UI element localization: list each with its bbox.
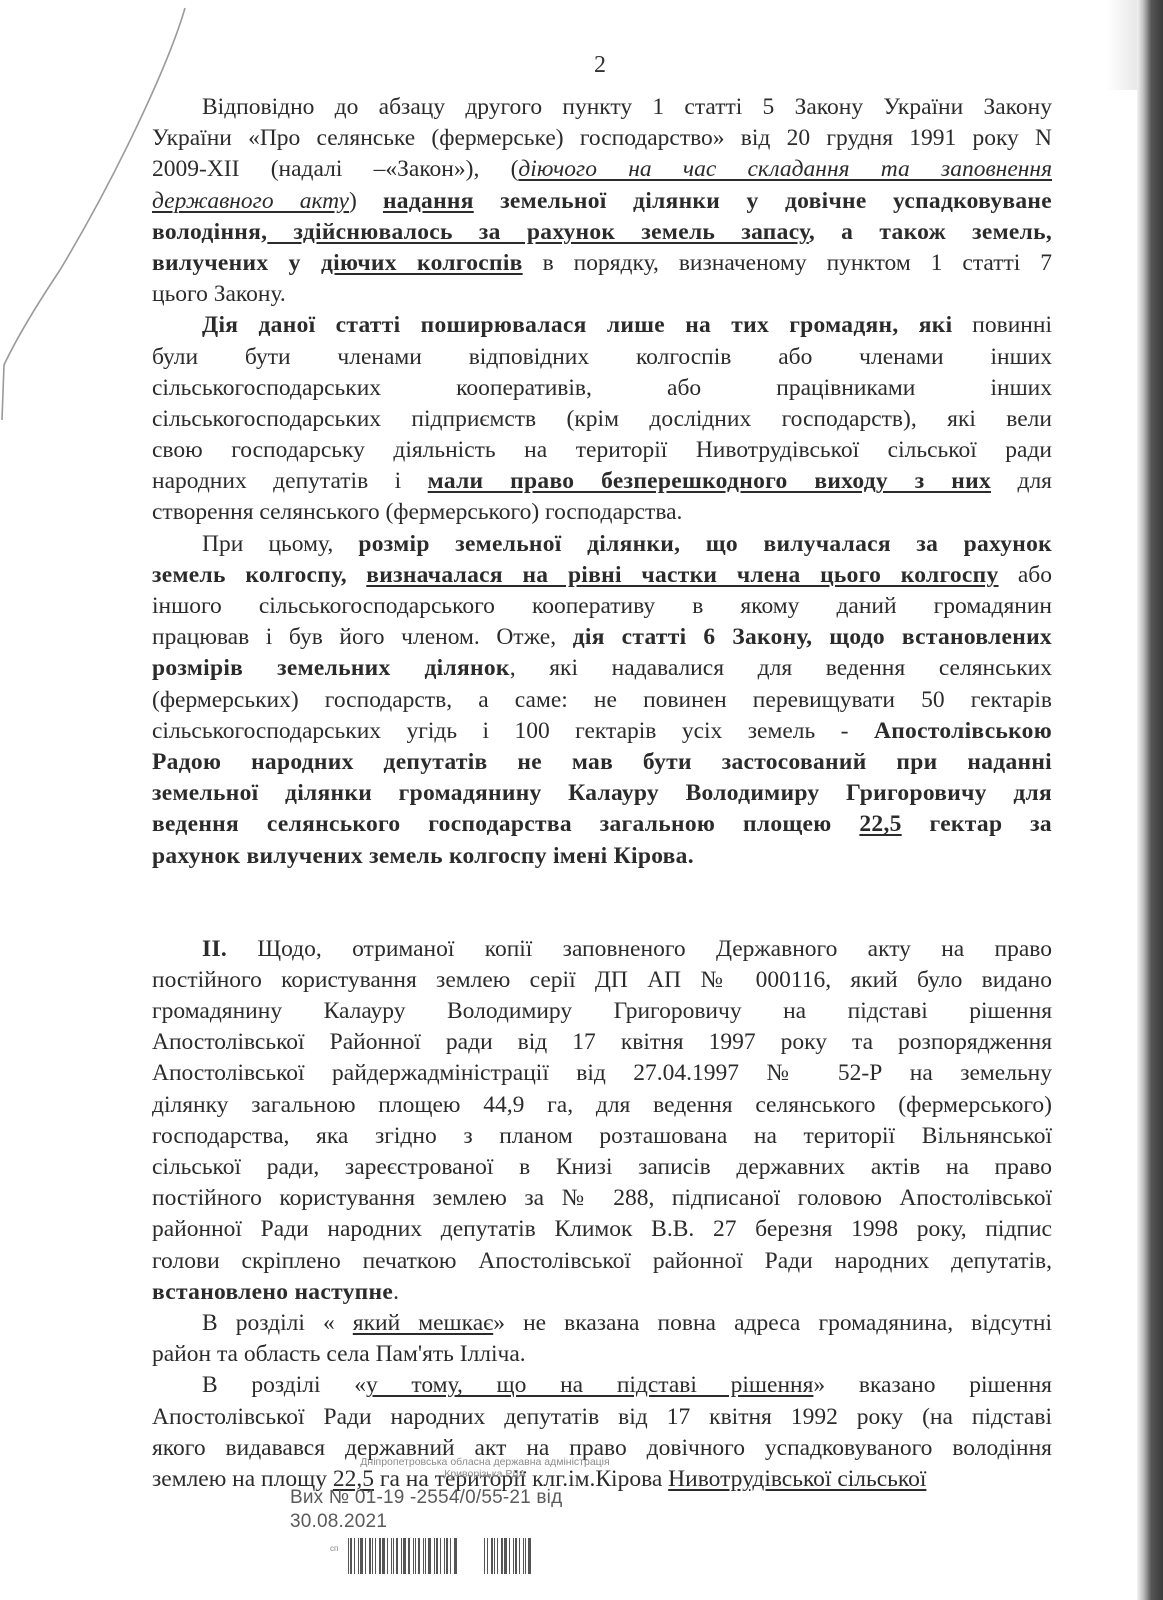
text-line: II. Щодо, отриманої копії заповненого Де… bbox=[152, 934, 1052, 965]
bold-text: ведення селянського господарства загальн… bbox=[152, 811, 859, 837]
text-run: України «Про селянське (фермерське) госп… bbox=[152, 125, 1052, 151]
paragraph: При цьому, розмір земельної ділянки, що … bbox=[152, 529, 1052, 872]
text-run: постійного користування землею серії ДП … bbox=[152, 967, 1052, 993]
text-line: громадянину Калауру Володимиру Григорови… bbox=[152, 996, 1052, 1027]
text-line: При цьому, розмір земельної ділянки, що … bbox=[152, 529, 1052, 560]
text-line: земельної ділянки громадянину Калауру Во… bbox=[152, 778, 1052, 809]
text-line: сільської ради, зареєстрованої в Книзі з… bbox=[152, 1152, 1052, 1183]
text-line: державного акту) надання земельної ділян… bbox=[152, 186, 1052, 217]
text-run: Апостолівської райдержадміністрації від … bbox=[152, 1060, 1052, 1086]
text-run: Щодо, отриманої копії заповненого Держав… bbox=[227, 936, 1052, 962]
bold-text: розмірів земельних ділянок bbox=[152, 655, 510, 681]
text-run: ділянку загальною площею 44,9 га, для ве… bbox=[152, 1092, 1052, 1118]
text-line: іншого сільськогосподарського кооператив… bbox=[152, 591, 1052, 622]
bold-text: розмір земельної ділянки, що вилучалася … bbox=[358, 531, 1052, 557]
bold-text: Апостолівською bbox=[874, 718, 1052, 744]
registration-stamp: Дніпропетровська обласна державна адміні… bbox=[290, 1456, 650, 1574]
bold-text: Дія даної статті поширювалася лише на ти… bbox=[202, 312, 952, 338]
text-run: голови скріплено печаткою Апостолівської… bbox=[152, 1248, 1052, 1274]
text-run: При цьому, bbox=[202, 531, 358, 557]
text-run: сільськогосподарських угідь і 100 гектар… bbox=[152, 718, 874, 744]
text-line: господарства, яка згідно з планом розташ… bbox=[152, 1121, 1052, 1152]
text-line: 2009-ХІІ (надалі –«Закон»), (діючого на … bbox=[152, 154, 1052, 185]
text-run: В розділі « bbox=[202, 1372, 366, 1398]
text-run: для bbox=[991, 468, 1052, 494]
underlined-text: діючих колгоспів bbox=[321, 250, 523, 276]
text-run: . bbox=[393, 1279, 399, 1305]
stamp-department: Криворізька РДА bbox=[320, 1468, 650, 1480]
text-line: Апостолівської Районної ради від 17 квіт… bbox=[152, 1027, 1052, 1058]
text-run: районної Ради народних депутатів Климок … bbox=[152, 1216, 1052, 1242]
bold-text: земельної ділянки у довічне успадковуван… bbox=[474, 188, 1052, 214]
barcode bbox=[348, 1538, 534, 1574]
barcode-prefix: сп bbox=[330, 1544, 338, 1553]
text-line: сільськогосподарських підприємств (крім … bbox=[152, 404, 1052, 435]
bold-text: рахунок вилучених земель колгоспу імені … bbox=[152, 843, 694, 869]
bold-text: вилучених у bbox=[152, 250, 321, 276]
bold-text: дія статті 6 Закону, щодо встановлених bbox=[573, 624, 1052, 650]
text-line: вилучених у діючих колгоспів в порядку, … bbox=[152, 248, 1052, 279]
text-line: України «Про селянське (фермерське) госп… bbox=[152, 123, 1052, 154]
bold-text: земель колгоспу, bbox=[152, 562, 347, 588]
text-line: Радою народних депутатів не мав бути зас… bbox=[152, 747, 1052, 778]
text-line: земель колгоспу, визначалася на рівні ча… bbox=[152, 560, 1052, 591]
stamp-organization: Дніпропетровська обласна державна адміні… bbox=[320, 1456, 650, 1468]
text-run: свою господарську діяльність на територі… bbox=[152, 437, 1052, 463]
text-line: народних депутатів і мали право безпереш… bbox=[152, 466, 1052, 497]
text-line: Дія даної статті поширювалася лише на ти… bbox=[152, 310, 1052, 341]
text-line: районної Ради народних депутатів Климок … bbox=[152, 1214, 1052, 1245]
bold-text: володіння, bbox=[152, 219, 267, 245]
text-line: (фермерських) господарств, а саме: не по… bbox=[152, 685, 1052, 716]
text-run: (фермерських) господарств, а саме: не по… bbox=[152, 687, 1052, 713]
scan-edge-shadow bbox=[1137, 0, 1163, 1600]
text-line: сільськогосподарських угідь і 100 гектар… bbox=[152, 716, 1052, 747]
underlined-text: який мешкає bbox=[353, 1310, 493, 1336]
bold-text: гектар за bbox=[902, 811, 1052, 837]
text-run: створення селянського (фермерського) гос… bbox=[152, 499, 682, 525]
text-line: постійного користування землею серії ДП … bbox=[152, 965, 1052, 996]
underlined-text: 22,5 bbox=[859, 811, 901, 837]
document-body: Відповідно до абзацу другого пункту 1 ст… bbox=[152, 92, 1052, 1495]
text-line: цього Закону. bbox=[152, 279, 1052, 310]
underlined-text: мали право безперешкодного виходу з них bbox=[428, 468, 991, 494]
bold-text: II. bbox=[202, 936, 227, 962]
underlined-text: державного акту bbox=[152, 188, 349, 214]
bold-text: , а також земель, bbox=[809, 219, 1052, 245]
text-run: 2009-ХІІ (надалі –«Закон»), ( bbox=[152, 156, 518, 182]
paragraph: Відповідно до абзацу другого пункту 1 ст… bbox=[152, 92, 1052, 310]
underlined-text: надання bbox=[383, 188, 474, 214]
paragraph: Дія даної статті поширювалася лише на ти… bbox=[152, 310, 1052, 528]
text-line: В розділі « який мешкає» не вказана повн… bbox=[152, 1308, 1052, 1339]
text-run bbox=[347, 562, 366, 588]
section-gap bbox=[152, 872, 1052, 934]
text-run: цього Закону. bbox=[152, 281, 286, 307]
text-line: Відповідно до абзацу другого пункту 1 ст… bbox=[152, 92, 1052, 123]
text-line: рахунок вилучених земель колгоспу імені … bbox=[152, 841, 1052, 872]
text-run: сільськогосподарських підприємств (крім … bbox=[152, 406, 1052, 432]
text-line: розмірів земельних ділянок, які надавали… bbox=[152, 653, 1052, 684]
text-run: Відповідно до абзацу другого пункту 1 ст… bbox=[202, 94, 1052, 120]
underlined-text: Нивотрудівської сільської bbox=[668, 1466, 926, 1492]
text-line: створення селянського (фермерського) гос… bbox=[152, 497, 1052, 528]
text-line: встановлено наступне. bbox=[152, 1277, 1052, 1308]
text-run: в порядку, визначеному пунктом 1 статті … bbox=[523, 250, 1052, 276]
text-run: , які надавалися для ведення селянських bbox=[510, 655, 1052, 681]
text-run: ) bbox=[349, 188, 383, 214]
text-run: були бути членами відповідних колгоспів … bbox=[152, 344, 1052, 370]
text-run: постійного користування землею за № 288,… bbox=[152, 1185, 1052, 1211]
text-line: район та область села Пам'ять Ілліча. bbox=[152, 1339, 1052, 1370]
text-run: господарства, яка згідно з планом розташ… bbox=[152, 1123, 1052, 1149]
text-run: Апостолівської Районної ради від 17 квіт… bbox=[152, 1029, 1052, 1055]
bold-text: встановлено наступне bbox=[152, 1279, 393, 1305]
paragraph: В розділі « який мешкає» не вказана повн… bbox=[152, 1308, 1052, 1370]
text-run: » вказано рішення bbox=[813, 1372, 1052, 1398]
text-line: постійного користування землею за № 288,… bbox=[152, 1183, 1052, 1214]
text-line: працював і був його членом. Отже, дія ст… bbox=[152, 622, 1052, 653]
text-line: були бути членами відповідних колгоспів … bbox=[152, 342, 1052, 373]
text-run: сільської ради, зареєстрованої в Книзі з… bbox=[152, 1154, 1052, 1180]
text-run: В розділі « bbox=[202, 1310, 353, 1336]
underlined-text: здійснювалось за рахунок земель запасу bbox=[267, 219, 809, 245]
underlined-text: діючого на час складання та заповнення bbox=[518, 156, 1052, 182]
text-line: Апостолівської райдержадміністрації від … bbox=[152, 1058, 1052, 1089]
text-line: Апостолівської Ради народних депутатів в… bbox=[152, 1402, 1052, 1433]
text-run: або bbox=[999, 562, 1052, 588]
text-line: володіння, здійснювалось за рахунок земе… bbox=[152, 217, 1052, 248]
text-run: працював і був його членом. Отже, bbox=[152, 624, 573, 650]
text-line: сільськогосподарських кооперативів, або … bbox=[152, 373, 1052, 404]
text-run: » не вказана повна адреса громадянина, в… bbox=[493, 1310, 1052, 1336]
underlined-text: у тому, що на підставі рішення bbox=[366, 1372, 813, 1398]
bold-text: Радою народних депутатів не мав бути зас… bbox=[152, 749, 1052, 775]
text-run: громадянину Калауру Володимиру Григорови… bbox=[152, 998, 1052, 1024]
text-line: голови скріплено печаткою Апостолівської… bbox=[152, 1246, 1052, 1277]
text-run: народних депутатів і bbox=[152, 468, 428, 494]
text-line: ділянку загальною площею 44,9 га, для ве… bbox=[152, 1090, 1052, 1121]
text-run: іншого сільськогосподарського кооператив… bbox=[152, 593, 1052, 619]
text-run: Апостолівської Ради народних депутатів в… bbox=[152, 1404, 1052, 1430]
text-line: ведення селянського господарства загальн… bbox=[152, 809, 1052, 840]
text-run: сільськогосподарських кооперативів, або … bbox=[152, 375, 1052, 401]
text-line: В розділі «у тому, що на підставі рішенн… bbox=[152, 1370, 1052, 1401]
text-line: свою господарську діяльність на територі… bbox=[152, 435, 1052, 466]
text-run: район та область села Пам'ять Ілліча. bbox=[152, 1341, 526, 1367]
page-number: 2 bbox=[0, 52, 1163, 79]
text-run: повинні bbox=[952, 312, 1052, 338]
paragraph: II. Щодо, отриманої копії заповненого Де… bbox=[152, 934, 1052, 1308]
bold-text: земельної ділянки громадянину Калауру Во… bbox=[152, 780, 1052, 806]
underlined-text: визначалася на рівні частки члена цього … bbox=[366, 562, 998, 588]
outgoing-registration-number: Вих № 01-19 -2554/0/55-21 від 30.08.2021 bbox=[290, 1486, 650, 1534]
